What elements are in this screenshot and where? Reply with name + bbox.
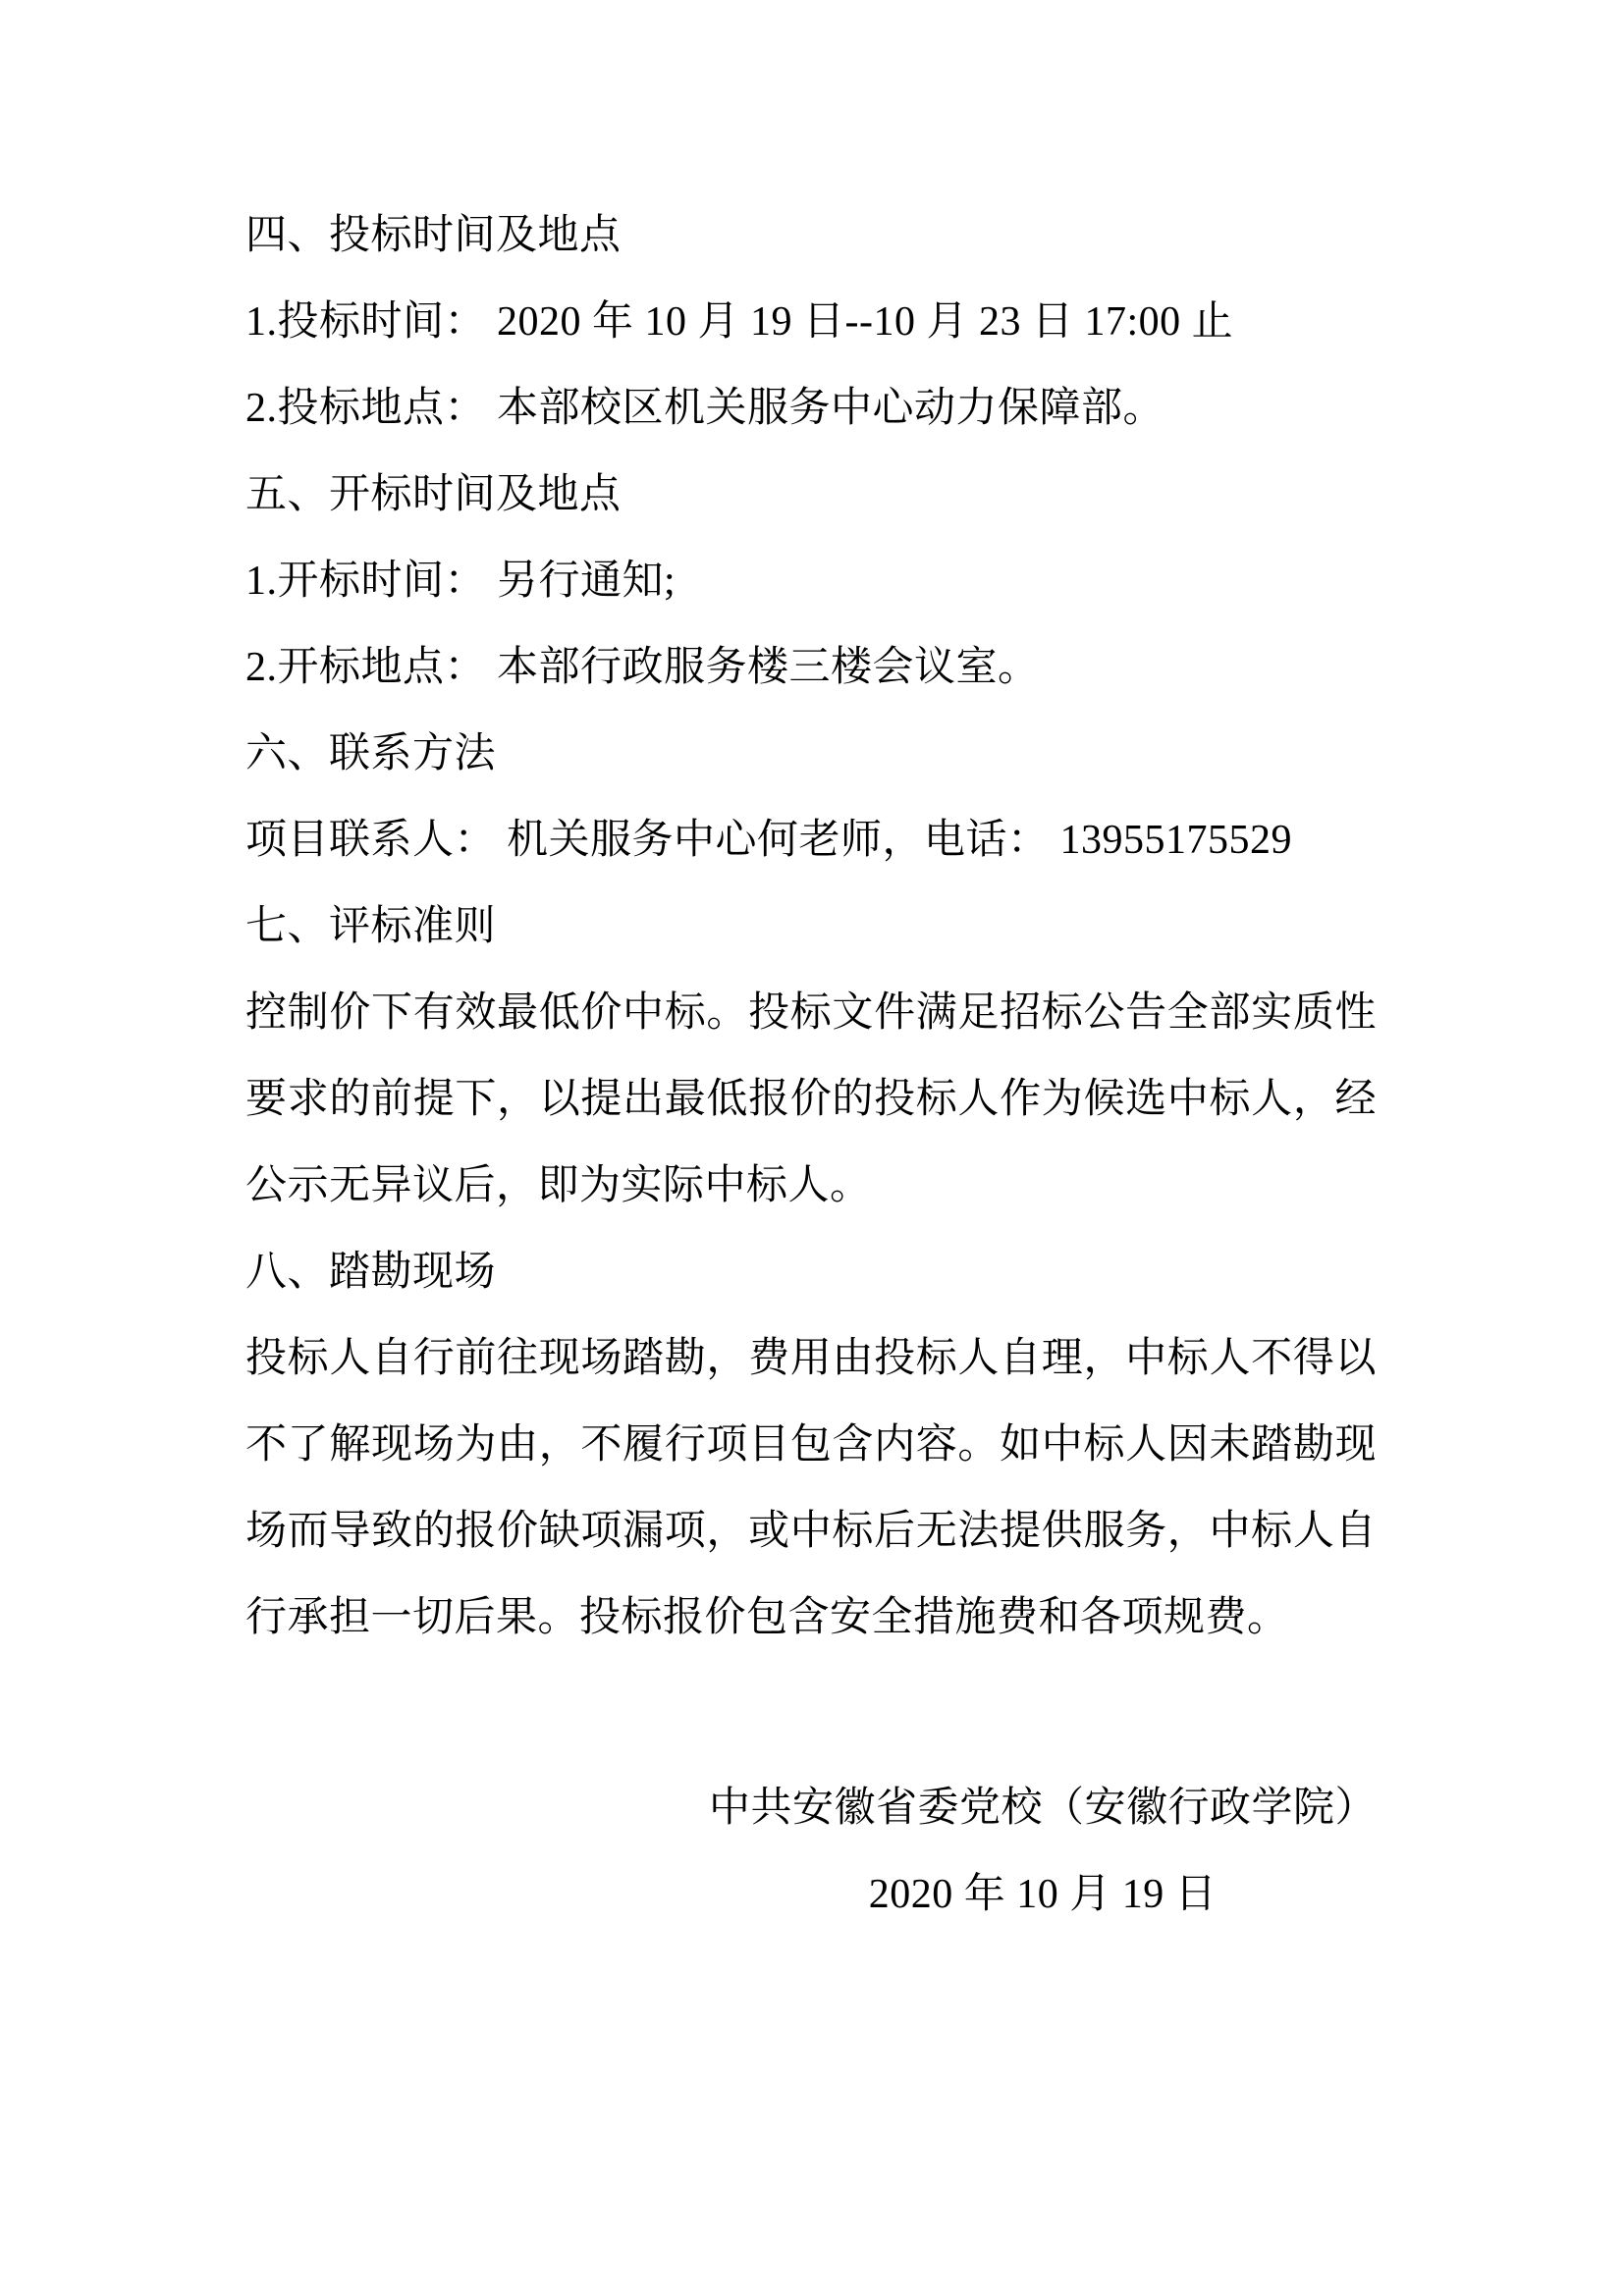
bid-time-line: 1.投标时间： 2020 年 10 月 19 日--10 月 23 日 17:0…: [245, 279, 1377, 365]
signature-inner: 中共安徽省委党校（安徽行政学院） 2020 年 10 月 19 日: [709, 1765, 1377, 1938]
document-page: 四、投标时间及地点 1.投标时间： 2020 年 10 月 19 日--10 月…: [0, 0, 1624, 2296]
opening-time-line: 1.开标时间： 另行通知;: [245, 538, 1377, 624]
contact-person-line: 项目联系人： 机关服务中心何老师，电话： 13955175529: [245, 797, 1377, 883]
site-survey-paragraph: 投标人自行前往现场踏勘，费用由投标人自理，中标人不得以不了解现场为由，不履行项目…: [245, 1315, 1377, 1661]
section-evaluation-heading: 七、评标准则: [245, 883, 1377, 970]
signature-block: 中共安徽省委党校（安徽行政学院） 2020 年 10 月 19 日: [245, 1765, 1377, 1938]
opening-place-line: 2.开标地点： 本部行政服务楼三楼会议室。: [245, 624, 1377, 711]
section-opening-heading: 五、开标时间及地点: [245, 452, 1377, 538]
section-bid-time-heading: 四、投标时间及地点: [245, 192, 1377, 279]
issuer-name: 中共安徽省委党校（安徽行政学院）: [709, 1765, 1377, 1851]
document-body: 四、投标时间及地点 1.投标时间： 2020 年 10 月 19 日--10 月…: [245, 192, 1377, 1938]
issue-date: 2020 年 10 月 19 日: [709, 1851, 1377, 1938]
section-site-survey-heading: 八、踏勘现场: [245, 1229, 1377, 1315]
bid-place-line: 2.投标地点： 本部校区机关服务中心动力保障部。: [245, 365, 1377, 452]
section-contact-heading: 六、联系方法: [245, 711, 1377, 797]
evaluation-rule-paragraph: 控制价下有效最低价中标。投标文件满足招标公告全部实质性要求的前提下，以提出最低报…: [245, 970, 1377, 1229]
